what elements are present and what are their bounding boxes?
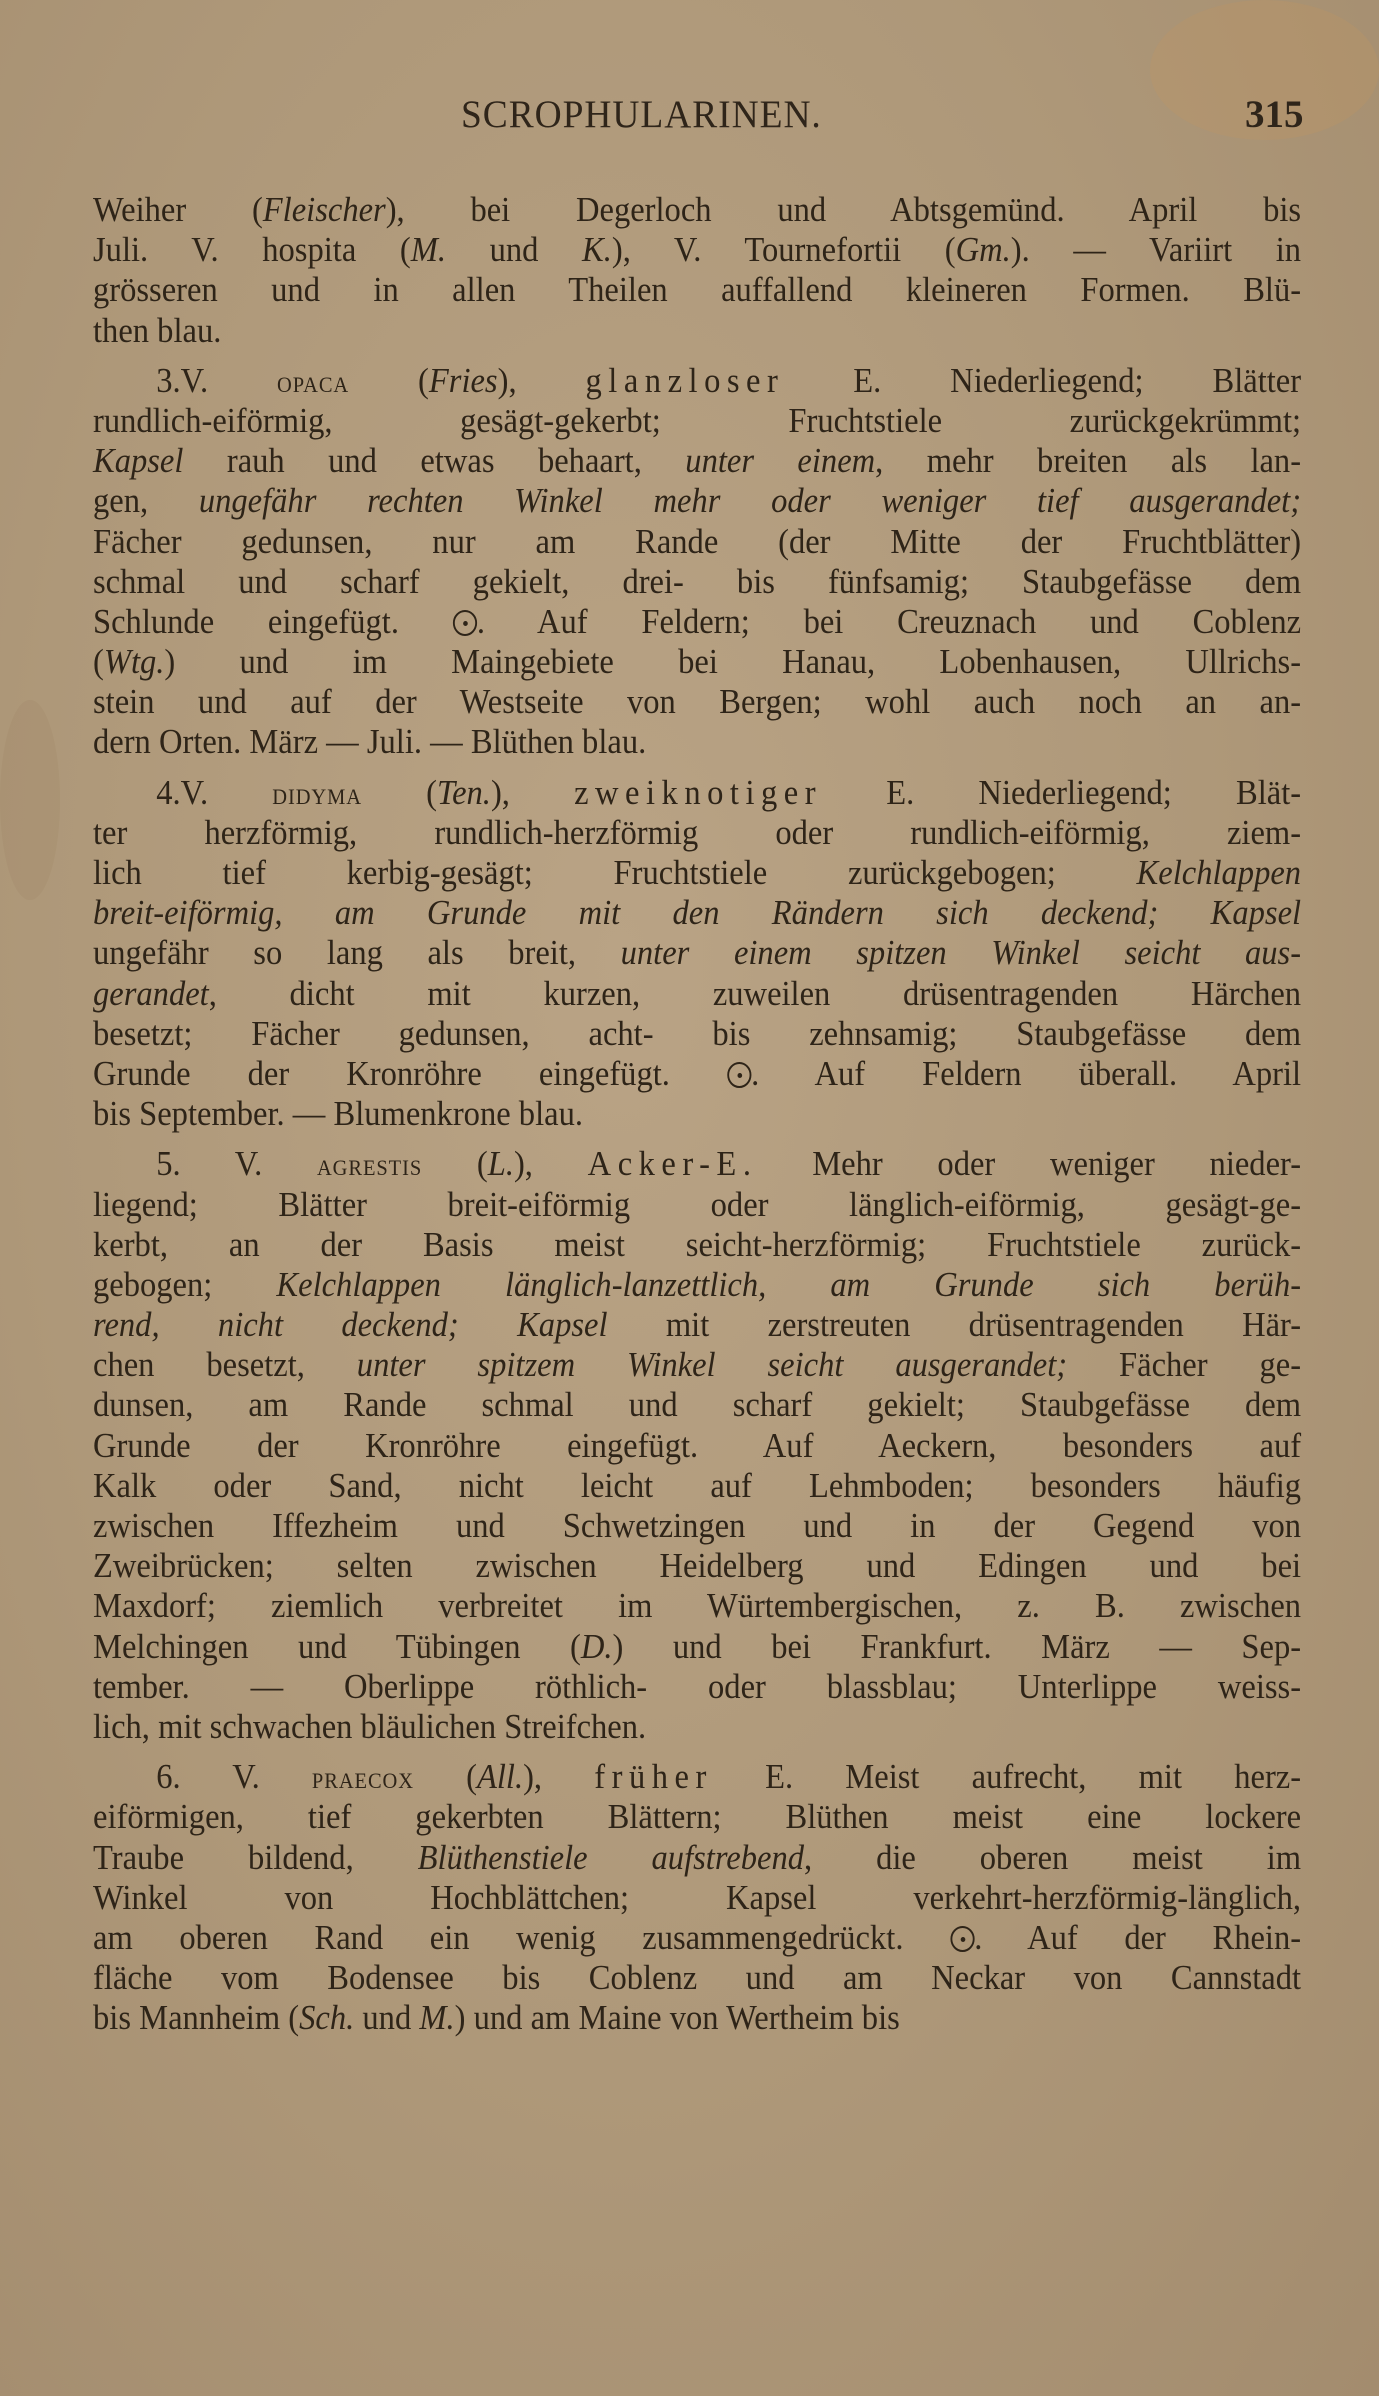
italic-text: Sch. xyxy=(299,1998,354,2037)
text-line: 5. V. agrestis (L.), Acker-E. Mehr oder … xyxy=(93,1144,1301,1184)
italic-text: Ten. xyxy=(437,773,491,812)
common-name: glanzloser xyxy=(585,361,784,400)
text-line: lich tief kerbig-gesägt; Fruchtstiele zu… xyxy=(93,853,1301,893)
species-epithet: agrestis xyxy=(317,1147,422,1182)
page-header: SCROPHULARINEN. 315 xyxy=(0,92,1379,142)
italic-text: Blüthenstiele aufstrebend xyxy=(418,1838,804,1877)
running-title: SCROPHULARINEN. xyxy=(461,92,822,137)
italic-text: Gm. xyxy=(956,230,1011,269)
text-line: Maxdorf; ziemlich verbreitet im Würtembe… xyxy=(93,1586,1301,1626)
text-line: Grunde der Kronröhre eingefügt. . Auf Fe… xyxy=(93,1054,1301,1094)
italic-text: unter spitzem Winkel seicht ausgerandet; xyxy=(357,1345,1067,1384)
italic-text: Kelchlappen länglich-lanzettlich, am Gru… xyxy=(276,1265,1301,1304)
text-line: ter herzförmig, rundlich-herzförmig oder… xyxy=(93,813,1301,853)
annual-plant-icon xyxy=(453,610,477,636)
text-line: 4.V. didyma (Ten.), zweiknotiger E. Nied… xyxy=(93,773,1301,813)
text-line: Schlunde eingefügt. . Auf Feldern; bei C… xyxy=(93,602,1301,642)
species-entry: 5. V. agrestis (L.), Acker-E. Mehr oder … xyxy=(93,1144,1301,1747)
text-line: Melchingen und Tübingen (D.) und bei Fra… xyxy=(93,1627,1301,1667)
italic-text: M. xyxy=(411,230,446,269)
italic-text: L. xyxy=(488,1144,514,1183)
paragraph-gap xyxy=(93,763,1301,773)
italic-text: gerandet xyxy=(93,974,209,1013)
text-line: dern Orten. März — Juli. — Blüthen blau. xyxy=(93,722,1301,762)
text-line: gerandet, dicht mit kurzen, zuweilen drü… xyxy=(93,974,1301,1014)
text-line: Weiher (Fleischer), bei Degerloch und Ab… xyxy=(93,190,1301,230)
italic-text: breit-eiförmig, am Grunde mit den Ränder… xyxy=(93,893,1301,932)
italic-text: All. xyxy=(477,1757,523,1796)
italic-text: Wtg. xyxy=(104,642,165,681)
italic-text: unter einem xyxy=(685,441,875,480)
text-line: dunsen, am Rande schmal und scharf gekie… xyxy=(93,1385,1301,1425)
text-line: am oberen Rand ein wenig zusammengedrück… xyxy=(93,1918,1301,1958)
text-line: rend, nicht deckend; Kapsel mit zerstreu… xyxy=(93,1305,1301,1345)
paper-stain xyxy=(0,700,60,900)
species-epithet: didyma xyxy=(272,776,362,811)
text-line: bis September. — Blumenkrone blau. xyxy=(93,1094,1301,1134)
italic-text: Fleischer xyxy=(263,190,386,229)
paragraph-gap xyxy=(93,1134,1301,1144)
common-name: zweiknotiger xyxy=(574,773,822,812)
paragraph-continuation: Weiher (Fleischer), bei Degerloch und Ab… xyxy=(93,190,1301,351)
italic-text: M. xyxy=(419,1998,454,2037)
text-line: then blau. xyxy=(93,311,1301,351)
paragraph-gap xyxy=(93,1747,1301,1757)
species-epithet: praecox xyxy=(312,1760,414,1795)
text-line: Kapsel rauh und etwas behaart, unter ein… xyxy=(93,441,1301,481)
text-line: Fächer gedunsen, nur am Rande (der Mitte… xyxy=(93,522,1301,562)
italic-text: unter einem spitzen Winkel seicht aus- xyxy=(621,933,1301,972)
text-line: kerbt, an der Basis meist seicht-herzför… xyxy=(93,1225,1301,1265)
annual-plant-icon xyxy=(727,1062,751,1088)
text-line: fläche vom Bodensee bis Coblenz und am N… xyxy=(93,1958,1301,1998)
text-line: grösseren und in allen Theilen auffallen… xyxy=(93,270,1301,310)
text-line: bis Mannheim (Sch. und M.) und am Maine … xyxy=(93,1998,1301,2038)
text-line: tember. — Oberlippe röthlich- oder blass… xyxy=(93,1667,1301,1707)
species-epithet: opaca xyxy=(277,364,349,399)
italic-text: rend, nicht deckend; Kapsel xyxy=(93,1305,608,1344)
text-line: (Wtg.) und im Maingebiete bei Hanau, Lob… xyxy=(93,642,1301,682)
text-line: 3.V. opaca (Fries), glanzloser E. Nieder… xyxy=(93,361,1301,401)
paragraph-gap xyxy=(93,351,1301,361)
common-name: früher xyxy=(594,1757,713,1796)
text-line: schmal und scharf gekielt, drei- bis fün… xyxy=(93,562,1301,602)
page-number: 315 xyxy=(1245,92,1304,137)
species-entry: 6. V. praecox (All.), früher E. Meist au… xyxy=(93,1757,1301,2038)
common-name: Acker-E. xyxy=(588,1144,758,1183)
text-line: ungefähr so lang als breit, unter einem … xyxy=(93,933,1301,973)
text-line: Zweibrücken; selten zwischen Heidelberg … xyxy=(93,1546,1301,1586)
text-line: Traube bildend, Blüthenstiele aufstreben… xyxy=(93,1838,1301,1878)
text-line: besetzt; Fächer gedunsen, acht- bis zehn… xyxy=(93,1014,1301,1054)
text-line: Kalk oder Sand, nicht leicht auf Lehmbod… xyxy=(93,1466,1301,1506)
page-body: Weiher (Fleischer), bei Degerloch und Ab… xyxy=(93,190,1301,2038)
italic-text: Fries xyxy=(429,361,498,400)
species-entry: 3.V. opaca (Fries), glanzloser E. Nieder… xyxy=(93,361,1301,763)
text-line: liegend; Blätter breit-eiförmig oder län… xyxy=(93,1185,1301,1225)
italic-text: ungefähr rechten Winkel mehr oder wenige… xyxy=(199,481,1301,520)
text-line: Winkel von Hochblättchen; Kapsel verkehr… xyxy=(93,1878,1301,1918)
text-line: Juli. V. hospita (M. und K.), V. Tournef… xyxy=(93,230,1301,270)
text-line: zwischen Iffezheim und Schwetzingen und … xyxy=(93,1506,1301,1546)
text-line: stein und auf der Westseite von Bergen; … xyxy=(93,682,1301,722)
text-line: rundlich-eiförmig, gesägt-gekerbt; Fruch… xyxy=(93,401,1301,441)
text-line: 6. V. praecox (All.), früher E. Meist au… xyxy=(93,1757,1301,1797)
text-line: Grunde der Kronröhre eingefügt. Auf Aeck… xyxy=(93,1426,1301,1466)
text-line: gebogen; Kelchlappen länglich-lanzettlic… xyxy=(93,1265,1301,1305)
italic-text: D. xyxy=(581,1627,613,1666)
italic-text: Kelchlappen xyxy=(1137,853,1302,892)
text-line: gen, ungefähr rechten Winkel mehr oder w… xyxy=(93,481,1301,521)
text-line: chen besetzt, unter spitzem Winkel seich… xyxy=(93,1345,1301,1385)
text-line: eiförmigen, tief gekerbten Blättern; Blü… xyxy=(93,1797,1301,1837)
italic-text: Kapsel xyxy=(93,441,183,480)
text-line: lich, mit schwachen bläulichen Streifche… xyxy=(93,1707,1301,1747)
annual-plant-icon xyxy=(950,1926,974,1952)
species-entry: 4.V. didyma (Ten.), zweiknotiger E. Nied… xyxy=(93,773,1301,1135)
text-line: breit-eiförmig, am Grunde mit den Ränder… xyxy=(93,893,1301,933)
italic-text: K. xyxy=(582,230,612,269)
